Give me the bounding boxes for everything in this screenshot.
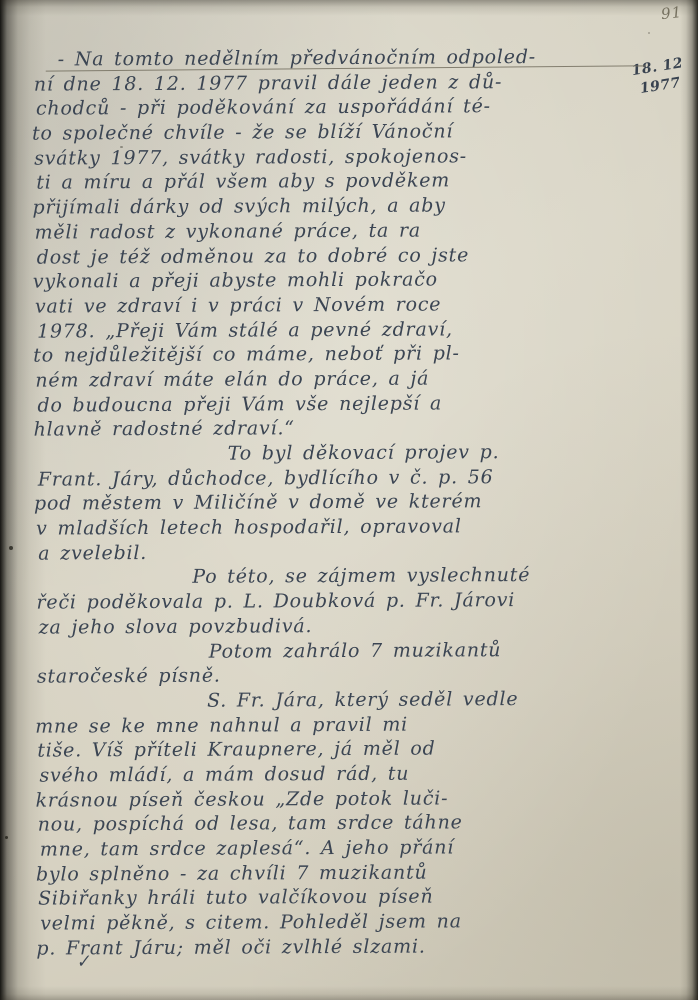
handwritten-line-text: to společné chvíle - že se blíží Vánoční (32, 120, 453, 144)
handwritten-line: mne, tam srdce zaplesá“. A jeho přání (40, 834, 646, 862)
handwritten-line-text: ném zdraví máte elán do práce, a já (35, 367, 429, 391)
handwritten-line: velmi pěkně, s citem. Pohleděl jsem na (40, 908, 646, 936)
handwritten-line: hlavně radostné zdraví.“ (34, 415, 640, 443)
paper-speck (648, 32, 650, 34)
handwritten-line: - Na tomto nedělním předvánočním odpoled… (32, 44, 638, 72)
page-edge-bottom-shadow (0, 986, 698, 1000)
handwritten-line: S. Fr. Jára, který seděl vedle (39, 686, 645, 714)
handwritten-line: Sibiřanky hráli tuto valčíkovou píseň (38, 884, 644, 912)
handwritten-line-text: staročeské písně. (37, 665, 221, 688)
handwritten-line: do budoucna přeji Vám vše nejlepší a (37, 390, 643, 418)
handwritten-line: měli radost z vykonané práce, ta ra (35, 217, 641, 245)
handwritten-line-text: svého mládí, a mám dosud rád, tu (39, 763, 409, 787)
handwritten-line-text: v mladších letech hospodařil, opravoval (36, 515, 462, 539)
handwritten-line: Po této, se zájmem vyslechnuté (34, 563, 640, 591)
handwritten-line: Potom zahrálo 7 muzikantů (35, 637, 641, 665)
handwritten-line-text: Sibiřanky hráli tuto valčíkovou píseň (38, 886, 434, 910)
handwritten-line: To byl děkovací projev p. (36, 439, 642, 467)
handwritten-line-text: tiše. Víš příteli Kraupnere, já měl od (37, 738, 435, 762)
handwritten-line-text: S. Fr. Jára, který seděl vedle (207, 688, 518, 712)
handwritten-line: chodců - při poděkování za uspořádání té… (36, 94, 642, 122)
page-number: 91 (660, 3, 683, 23)
handwritten-line: ném zdraví máte elán do práce, a já (35, 365, 641, 393)
handwritten-line-text: Frant. Járy, důchodce, bydlícího v č. p.… (38, 466, 494, 490)
handwritten-line: přijímali dárky od svých milých, a aby (32, 193, 638, 221)
handwritten-line: nou, pospíchá od lesa, tam srdce táhne (38, 810, 644, 838)
handwritten-line: vati ve zdraví i v práci v Novém roce (35, 291, 641, 319)
handwritten-line-text: dost je též odměnou za to dobré co jste (37, 244, 470, 268)
handwritten-line: vykonali a přeji abyste mohli pokračo (33, 267, 639, 295)
page-edge-top-shadow (0, 0, 698, 16)
paper-speck (5, 836, 8, 839)
handwritten-line: mne se ke mne nahnul a pravil mi (35, 711, 641, 739)
handwritten-line: tiše. Víš příteli Kraupnere, já měl od (37, 736, 643, 764)
handwritten-line-text: ti a míru a přál všem aby s povděkem (36, 170, 450, 194)
handwritten-line-text: nou, pospíchá od lesa, tam srdce táhne (38, 812, 463, 836)
handwritten-line-text: bylo splněno - za chvíli 7 muzikantů (36, 861, 428, 885)
handwritten-line-text: ní dne 18. 12. 1977 pravil dále jeden z … (34, 71, 502, 95)
handwritten-line: krásnou píseň českou „Zde potok luči- (35, 785, 641, 813)
handwritten-line-text: do budoucna přeji Vám vše nejlepší a (37, 392, 442, 416)
page-edge-right-shadow (680, 0, 698, 1000)
handwritten-line-text: řeči poděkovala p. L. Doubková p. Fr. Já… (36, 589, 515, 614)
handwritten-line: Frant. Járy, důchodce, bydlícího v č. p.… (38, 464, 644, 492)
handwritten-line: ní dne 18. 12. 1977 pravil dále jeden z … (34, 69, 640, 97)
handwritten-line: staročeské písně. (37, 662, 643, 690)
handwritten-line-text: svátky 1977, svátky radosti, spokojenos- (34, 145, 467, 169)
handwritten-line-text: - Na tomto nedělním předvánočním odpoled… (58, 46, 536, 71)
handwritten-line: svého mládí, a mám dosud rád, tu (39, 760, 645, 788)
handwritten-line: dost je též odměnou za to dobré co jste (37, 242, 643, 270)
manuscript-text: - Na tomto nedělním předvánočním odpoled… (34, 44, 645, 961)
handwritten-line: to nejdůležitější co máme, neboť při pl- (33, 341, 639, 369)
handwritten-line-text: Po této, se zájmem vyslechnuté (192, 564, 530, 588)
handwritten-line: p. Frant Járu; měl oči zvlhlé slzami. (36, 933, 642, 961)
handwritten-line: bylo splněno - za chvíli 7 muzikantů (36, 859, 642, 887)
handwritten-line-text: a zvelebil. (38, 542, 147, 565)
handwritten-line-text: přijímali dárky od svých milých, a aby (32, 195, 445, 219)
handwritten-line: pod městem v Miličíně v domě ve kterém (34, 489, 640, 517)
handwritten-line: to společné chvíle - že se blíží Vánoční (32, 118, 638, 146)
handwritten-line-text: hlavně radostné zdraví.“ (34, 418, 295, 441)
handwritten-line: v mladších letech hospodařil, opravoval (36, 513, 642, 541)
handwritten-line-text: pod městem v Miličíně v domě ve kterém (34, 491, 482, 515)
paper-speck (9, 546, 13, 550)
handwritten-line-text: vykonali a přeji abyste mohli pokračo (33, 269, 438, 293)
handwritten-line-text: měli radost z vykonané práce, ta ra (35, 219, 422, 243)
handwritten-line-text: Potom zahrálo 7 muzikantů (209, 639, 502, 663)
handwritten-line: řeči poděkovala p. L. Doubková p. Fr. Já… (36, 588, 642, 616)
handwritten-line-text: mne se ke mne nahnul a pravil mi (35, 713, 408, 737)
manuscript-page: 91 18. 12 1977 - Na tomto nedělním předv… (0, 0, 698, 1000)
handwritten-line-text: 1978. „Přeji Vám stálé a pevné zdraví, (37, 318, 453, 342)
handwritten-line-text: p. Frant Járu; měl oči zvlhlé slzami. (36, 935, 425, 959)
handwritten-line: za jeho slova povzbudivá. (39, 612, 645, 640)
handwritten-line-text: to nejdůležitější co máme, neboť při pl- (33, 343, 460, 367)
handwritten-line-text: To byl děkovací projev p. (228, 441, 500, 464)
handwritten-line-text: za jeho slova povzbudivá. (39, 615, 313, 638)
handwritten-line-text: chodců - při poděkování za uspořádání té… (36, 96, 491, 120)
handwritten-line: svátky 1977, svátky radosti, spokojenos- (34, 143, 640, 171)
handwritten-line-text: mne, tam srdce zaplesá“. A jeho přání (40, 836, 454, 860)
handwritten-line: 1978. „Přeji Vám stálé a pevné zdraví, (37, 316, 643, 344)
proofreader-checkmark: ✓ (75, 951, 92, 973)
handwritten-line-text: velmi pěkně, s citem. Pohleděl jsem na (40, 910, 462, 934)
handwritten-line-text: vati ve zdraví i v práci v Novém roce (35, 293, 441, 317)
handwritten-line: ti a míru a přál všem aby s povděkem (36, 168, 642, 196)
handwritten-line-text: krásnou píseň českou „Zde potok luči- (35, 787, 448, 811)
handwritten-line: a zvelebil. (38, 538, 644, 566)
